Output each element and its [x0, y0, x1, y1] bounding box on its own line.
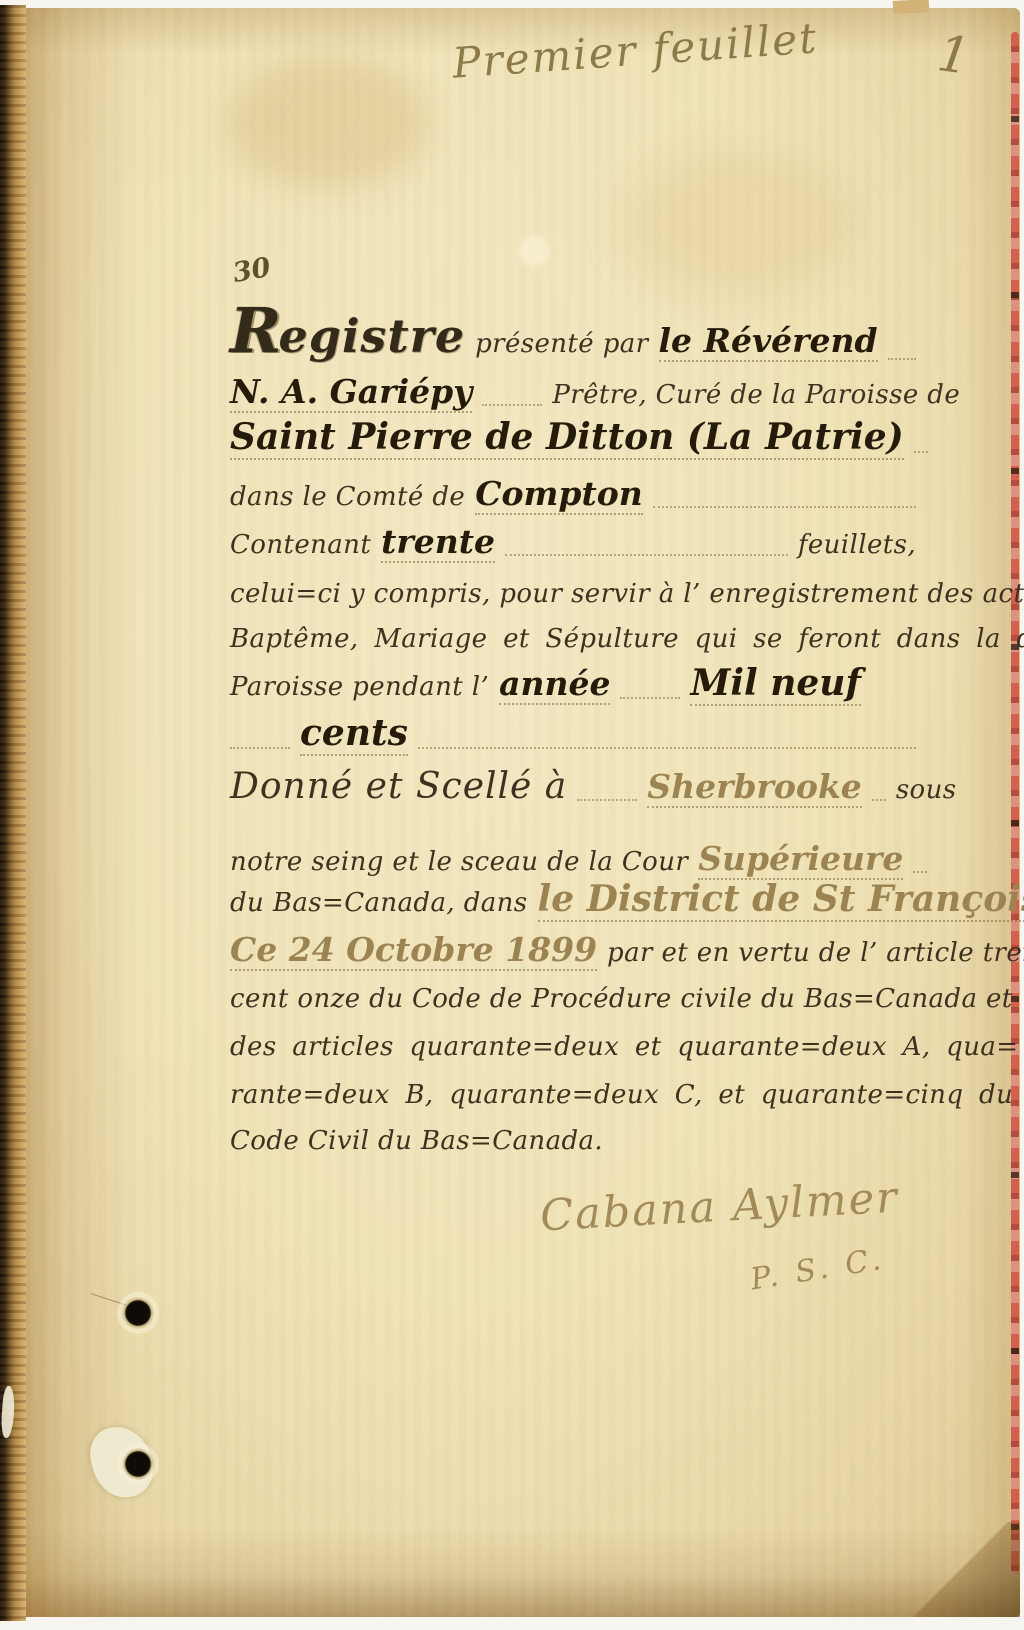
dotted-rule: [505, 554, 788, 556]
corner-fold: [890, 1522, 1020, 1617]
priest-title-label: Prêtre, Curé de la Paroisse de: [552, 380, 960, 410]
dotted-rule: [653, 506, 916, 508]
line-district: du Bas=Canada, dans le District de St Fr…: [230, 878, 916, 922]
district-clause: du Bas=Canada, dans: [230, 888, 528, 918]
county-label: dans le Comté de: [230, 482, 465, 512]
dotted-rule: [872, 799, 886, 801]
paper-tab: [893, 0, 930, 14]
date-entry: Ce 24 Octobre 1899: [230, 930, 597, 971]
sheets-word: feuillets,: [798, 530, 916, 560]
dotted-rule: [888, 358, 916, 360]
line-containing: Contenant trente feuillets,: [230, 522, 916, 563]
line-clause-including: celui=ci y compris, pour servir à l’ enr…: [230, 579, 916, 609]
line-article-2: cent onze du Code de Procédure civile du…: [230, 984, 916, 1014]
court-entry: Supérieure: [698, 839, 903, 880]
article-clause-2: cent onze du Code de Procédure civile du…: [230, 984, 1013, 1014]
line-priest: N. A. Gariépy Prêtre, Curé de la Paroiss…: [230, 372, 916, 413]
binding-edge: [0, 5, 26, 1621]
year-entry-2: Mil neuf: [690, 662, 860, 706]
line-article-5: Code Civil du Bas=Canada.: [230, 1126, 916, 1156]
article-clause-4: rante=deux B, quarante=deux C, et quaran…: [230, 1080, 1013, 1110]
parish-entry: Saint Pierre de Ditton (La Patrie): [230, 416, 904, 460]
priest-name-entry: N. A. Gariépy: [230, 372, 472, 413]
containing-label: Contenant: [230, 530, 371, 560]
line-county: dans le Comté de Compton: [230, 474, 916, 515]
title-rest: egistre: [279, 309, 466, 363]
stain: [519, 236, 549, 266]
under-word: sous: [896, 775, 957, 805]
line-year: Paroisse pendant l’ année Mil neuf: [230, 662, 916, 706]
marbled-page-edge: [1011, 32, 1019, 1574]
sheet-count-note: 30: [231, 252, 273, 289]
line-given-sealed: Donné et Scellé à Sherbrooke sous: [230, 766, 916, 808]
dotted-rule: [913, 871, 927, 873]
dotted-rule: [620, 697, 680, 699]
reverend-entry: le Révérend: [659, 321, 878, 362]
line-cents: cents: [230, 712, 916, 756]
dotted-rule: [914, 451, 928, 453]
line-article-4: rante=deux B, quarante=deux C, et quaran…: [230, 1080, 916, 1110]
presented-by-label: présenté par: [475, 329, 648, 359]
clause-including: celui=ci y compris, pour servir à l’ enr…: [230, 579, 1024, 609]
sheet-count-entry: trente: [381, 522, 495, 563]
ornate-initial: R: [230, 294, 279, 367]
punch-hole: [122, 1297, 154, 1329]
dotted-rule: [230, 747, 290, 749]
line-date: Ce 24 Octobre 1899 par et en vertu de l’…: [230, 930, 916, 971]
place-entry: Sherbrooke: [647, 767, 862, 808]
year-entry-1: année: [499, 664, 610, 705]
line-seal-clause: notre seing et le sceau de la Cour Supér…: [230, 839, 916, 880]
line-clause-acts: Baptême, Mariage et Sépulture qui se fer…: [230, 624, 916, 654]
district-entry: le District de St François: [538, 878, 1024, 922]
line-title: Registre présenté par le Révérend: [230, 294, 916, 367]
given-sealed-label: Donné et Scellé à: [230, 766, 567, 807]
parish-during-label: Paroisse pendant l’: [230, 672, 489, 702]
dotted-rule: [418, 747, 916, 749]
article-clause-1: par et en vertu de l’ article treize: [607, 938, 1024, 968]
line-parish: Saint Pierre de Ditton (La Patrie): [230, 416, 916, 460]
title-registre: Registre: [230, 294, 465, 367]
line-article-3: des articles quarante=deux et quarante=d…: [230, 1032, 916, 1062]
county-entry: Compton: [475, 474, 643, 515]
clause-acts: Baptême, Mariage et Sépulture qui se fer…: [230, 624, 1024, 654]
stain: [228, 58, 428, 188]
seal-clause: notre seing et le sceau de la Cour: [230, 847, 688, 877]
dotted-rule: [577, 799, 637, 801]
punch-hole: [122, 1448, 154, 1480]
register-scan: Premier feuillet 1 30 Registre présenté …: [0, 0, 1024, 1630]
stain: [620, 150, 850, 300]
year-entry-3: cents: [300, 712, 408, 756]
article-clause-3: des articles quarante=deux et quarante=d…: [230, 1032, 1018, 1062]
dotted-rule: [482, 404, 542, 406]
article-clause-5: Code Civil du Bas=Canada.: [230, 1126, 603, 1156]
